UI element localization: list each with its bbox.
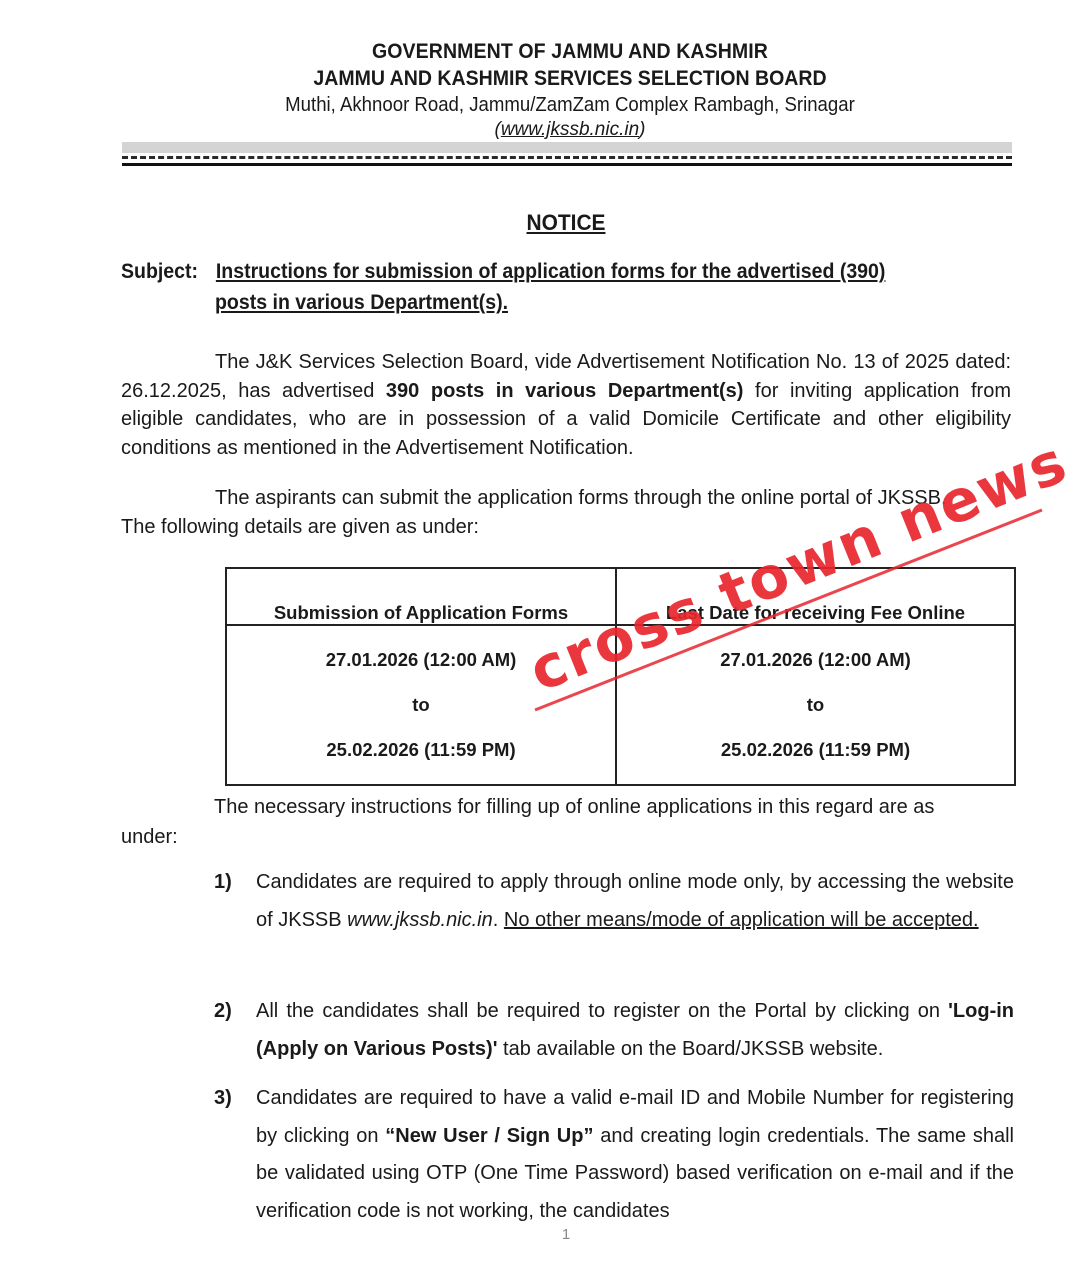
header-website: (www.jkssb.nic.in)	[30, 119, 1080, 141]
paragraph2-line2: The following details are given as under…	[121, 516, 479, 538]
date-to: 25.02.2026 (11:59 PM)	[617, 727, 1014, 772]
subject-label: Subject:	[121, 260, 216, 284]
date-from: 27.01.2026 (12:00 AM)	[617, 637, 1014, 682]
paragraph1-bold: 390 posts in various Department(s)	[386, 380, 744, 402]
paragraph2-text: The aspirants can submit the application…	[215, 487, 947, 509]
date-to: 25.02.2026 (11:59 PM)	[227, 727, 615, 772]
dates-table-row: 27.01.2026 (12:00 AM) to 25.02.2026 (11:…	[226, 625, 1015, 785]
subject-text-1: Instructions for submission of applicati…	[216, 260, 886, 283]
dates-cell-submission: 27.01.2026 (12:00 AM) to 25.02.2026 (11:…	[226, 625, 616, 785]
instruction-text: All the candidates shall be required to …	[256, 1000, 948, 1022]
instruction-item-1: 1) Candidates are required to apply thro…	[214, 864, 1014, 939]
notice-page: GOVERNMENT OF JAMMU AND KASHMIR JAMMU AN…	[0, 0, 1080, 1271]
paragraph-instructions-intro-2: under:	[121, 826, 178, 849]
page-number: 1	[0, 1226, 1080, 1243]
date-to-word: to	[227, 682, 615, 727]
header-rule-dashed	[122, 156, 1012, 159]
notice-title: NOTICE	[28, 210, 1080, 236]
jkssb-website-link[interactable]: www.jkssb.nic.in	[347, 909, 493, 931]
header-address: Muthi, Akhnoor Road, Jammu/ZamZam Comple…	[68, 94, 1072, 117]
header-rule-solid	[122, 163, 1012, 166]
instruction-number: 3)	[214, 1080, 232, 1118]
instruction-item-3: 3) Candidates are required to have a val…	[214, 1080, 1014, 1230]
dates-table-header: Submission of Application Forms	[226, 568, 616, 625]
date-from: 27.01.2026 (12:00 AM)	[227, 637, 615, 682]
dates-table-header-row: Submission of Application Forms Last Dat…	[226, 568, 1015, 625]
subject-text-2: posts in various Department(s).	[215, 291, 508, 315]
dates-table: Submission of Application Forms Last Dat…	[225, 567, 1016, 786]
website-link[interactable]: www.jkssb.nic.in	[501, 119, 639, 140]
instruction-item-2: 2) All the candidates shall be required …	[214, 993, 1014, 1068]
paragraph-portal: The aspirants can submit the application…	[121, 484, 1011, 541]
instruction-underlined: No other means/mode of application will …	[504, 909, 979, 931]
subject-line-1: Subject:Instructions for submission of a…	[121, 260, 885, 284]
instruction-number: 2)	[214, 993, 232, 1031]
dates-cell-fee: 27.01.2026 (12:00 AM) to 25.02.2026 (11:…	[616, 625, 1015, 785]
instruction-text: .	[493, 909, 504, 931]
header-government: GOVERNMENT OF JAMMU AND KASHMIR	[68, 40, 1072, 64]
header-rule-band	[122, 142, 1012, 153]
dates-table-header: Last Date for receiving Fee Online	[616, 568, 1015, 625]
paragraph-advertisement: The J&K Services Selection Board, vide A…	[121, 348, 1011, 462]
instruction-bold: “New User / Sign Up”	[385, 1125, 593, 1147]
instruction-text: tab available on the Board/JKSSB website…	[497, 1038, 883, 1060]
website-close-paren: )	[639, 119, 645, 140]
paragraph-instructions-intro: The necessary instructions for filling u…	[214, 796, 934, 819]
date-to-word: to	[617, 682, 1014, 727]
instruction-number: 1)	[214, 864, 232, 902]
header-board-name: JAMMU AND KASHMIR SERVICES SELECTION BOA…	[68, 67, 1072, 91]
